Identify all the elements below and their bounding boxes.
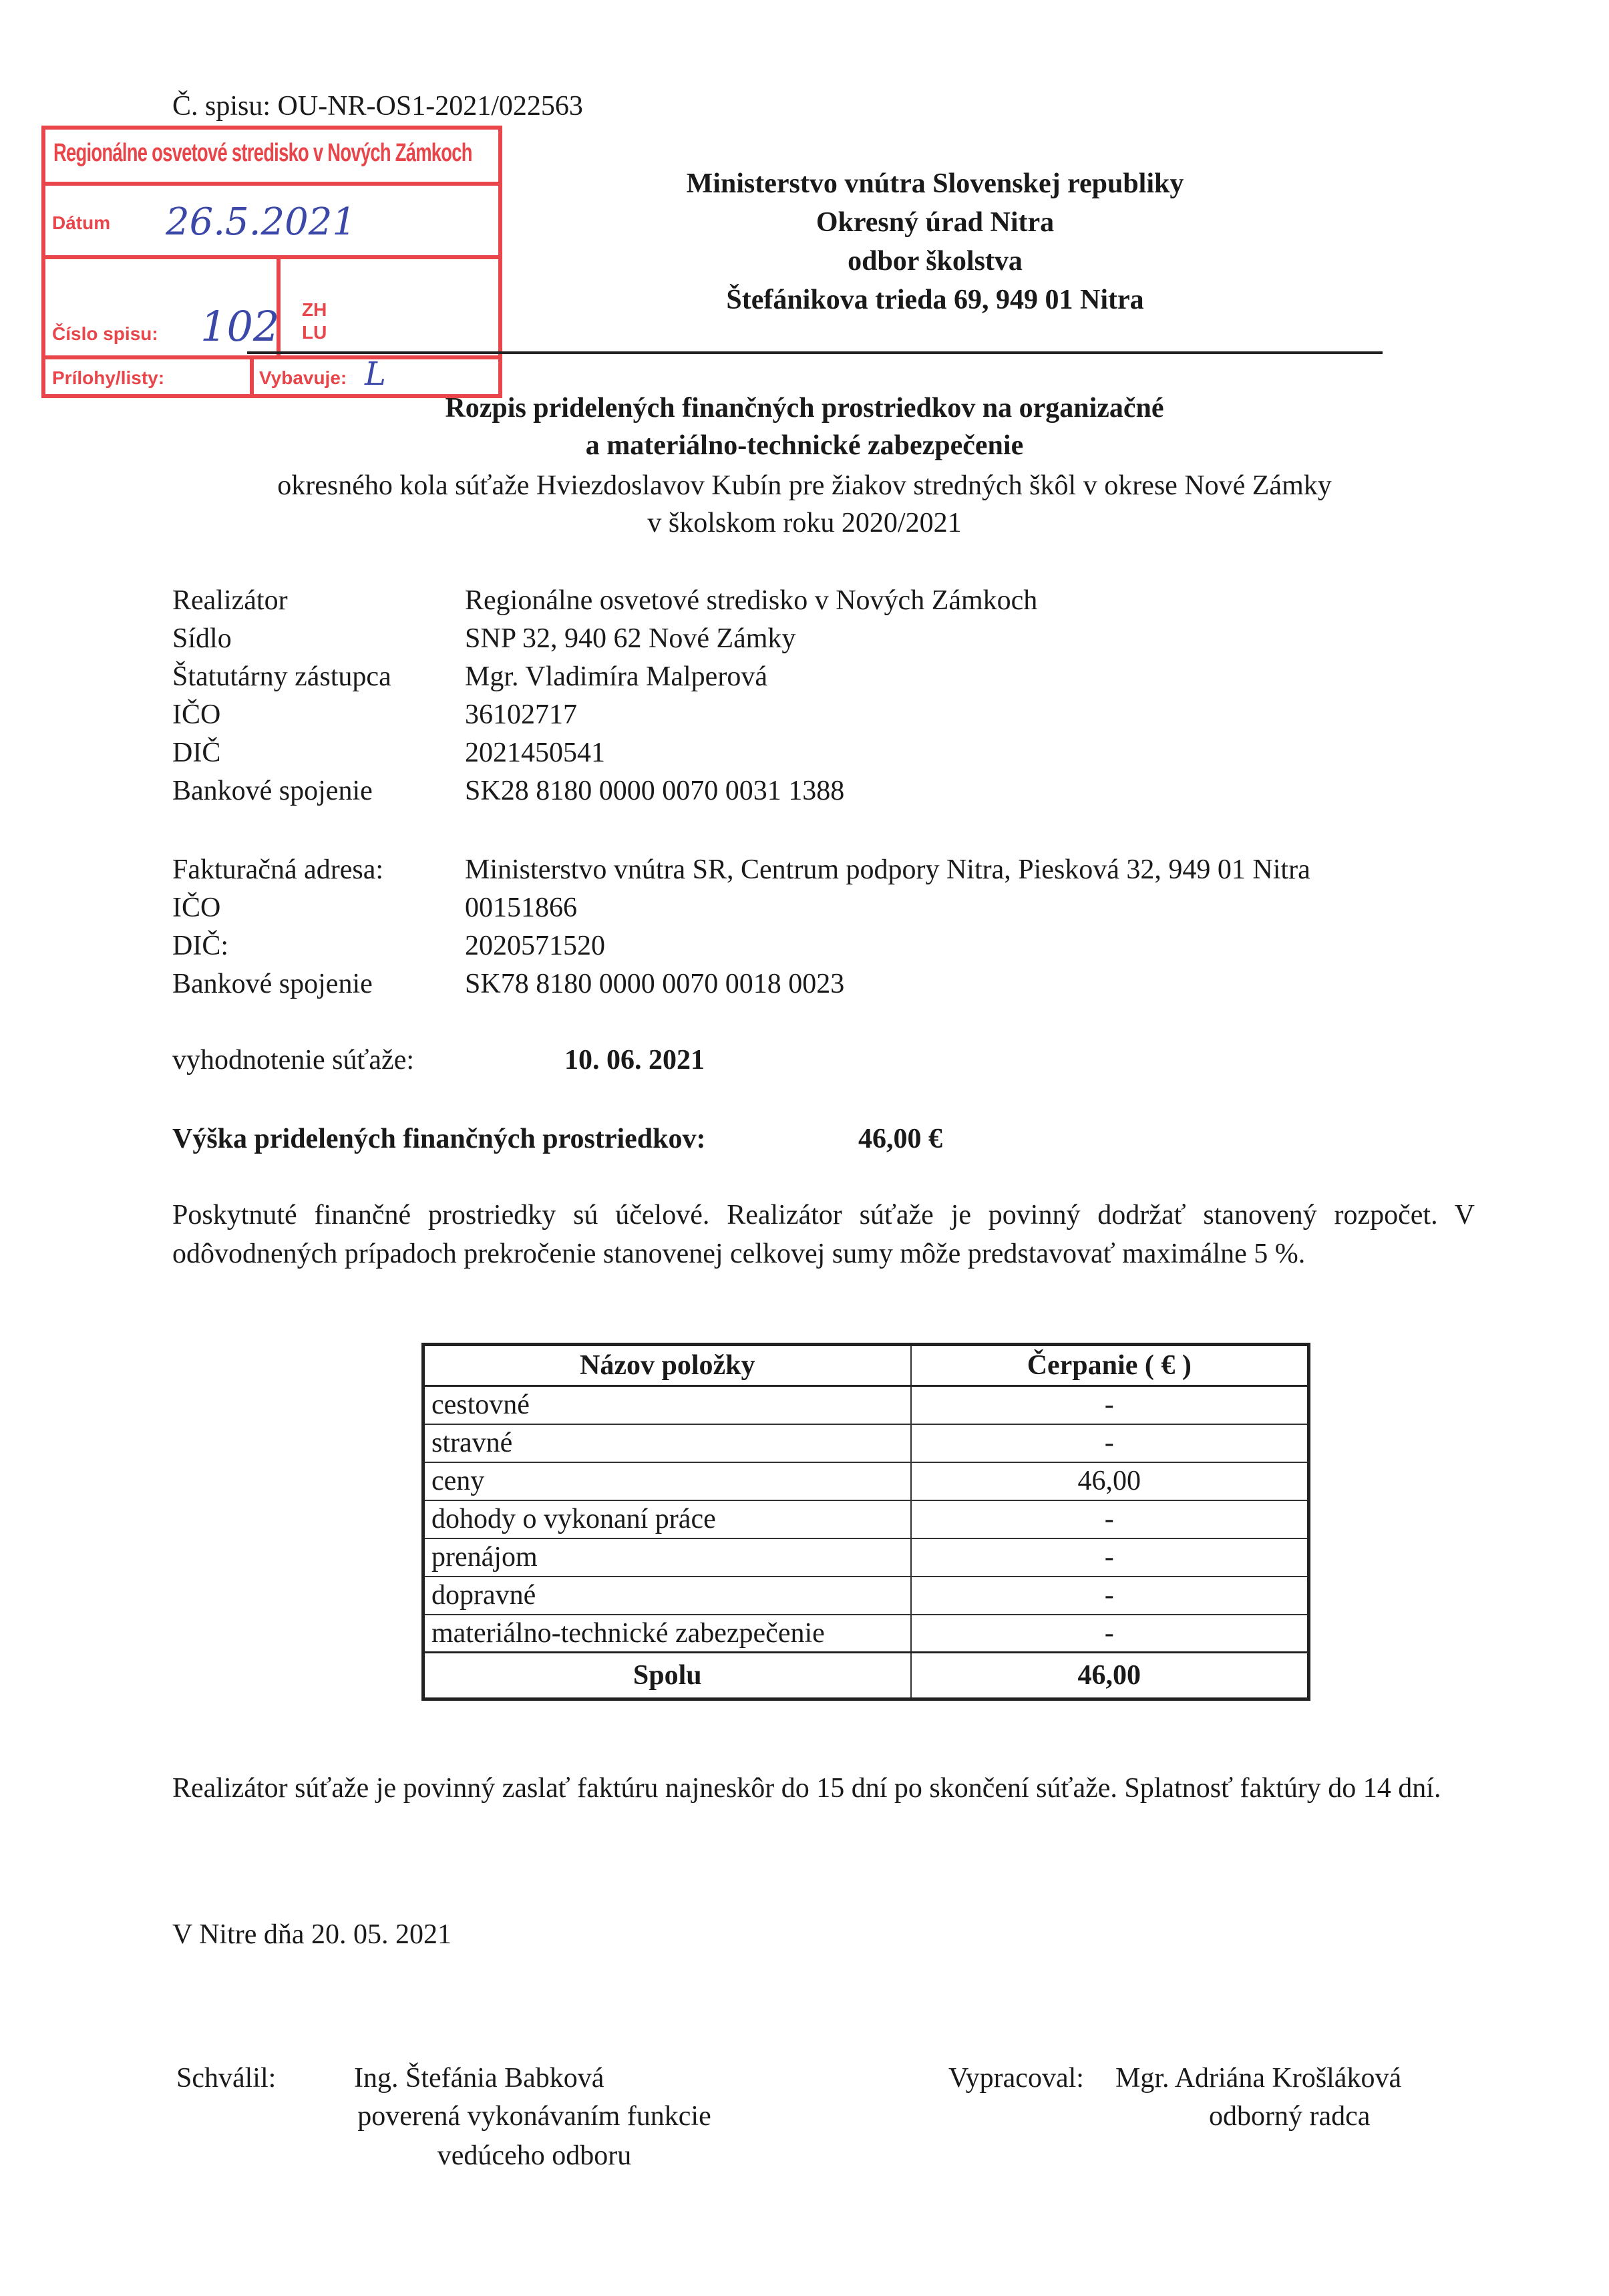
- billing-address-label: Fakturačná adresa:: [172, 856, 383, 884]
- item-name: ceny: [423, 1462, 911, 1500]
- stamp-divider: [277, 259, 281, 359]
- item-name: dohody o vykonaní práce: [423, 1500, 911, 1538]
- purpose-paragraph: Poskytnuté finančné prostriedky sú účelo…: [172, 1196, 1475, 1273]
- item-amount: 46,00: [911, 1462, 1309, 1500]
- item-amount: -: [911, 1386, 1309, 1424]
- stamp-handled-value: L: [365, 355, 386, 393]
- stamp-date-label: Dátum: [52, 212, 110, 234]
- allocation-amount: 46,00 €: [858, 1125, 942, 1153]
- representative-label: Štatutárny zástupca: [172, 663, 391, 691]
- stamp-code-1: ZH: [302, 299, 327, 321]
- column-header-item: Názov položky: [423, 1345, 911, 1386]
- billing-ico-label: IČO: [172, 894, 220, 922]
- table-row: dohody o vykonaní práce -: [423, 1500, 1309, 1538]
- item-amount: -: [911, 1424, 1309, 1462]
- ico-label: IČO: [172, 701, 220, 729]
- billing-ico-value: 00151866: [465, 894, 577, 922]
- approved-name: Ing. Štefánia Babková: [354, 2064, 604, 2092]
- prepared-name: Mgr. Adriána Krošláková: [1115, 2064, 1401, 2092]
- item-amount: -: [911, 1538, 1309, 1577]
- billing-bank-value: SK78 8180 0000 0070 0018 0023: [465, 970, 844, 998]
- evaluation-label: vyhodnotenie súťaže:: [172, 1046, 414, 1074]
- file-number: Č. spisu: OU-NR-OS1-2021/022563: [172, 92, 583, 120]
- billing-address-value: Ministerstvo vnútra SR, Centrum podpory …: [465, 856, 1310, 884]
- item-amount: -: [911, 1500, 1309, 1538]
- stamp-attachments-row: Prílohy/listy: Vybavuje: L: [45, 359, 498, 394]
- stamp-code-2: LU: [302, 322, 327, 343]
- invoice-paragraph: Realizátor súťaže je povinný zaslať fakt…: [172, 1769, 1475, 1808]
- header-office: Okresný úrad Nitra: [468, 208, 1403, 236]
- realizer-value: Regionálne osvetové stredisko v Nových Z…: [465, 587, 1037, 615]
- stamp-file-value: 102: [200, 302, 279, 351]
- title-line-3: okresného kola súťaže Hviezdoslavov Kubí…: [0, 472, 1609, 500]
- realizer-label: Realizátor: [172, 587, 288, 615]
- stamp-divider-2: [250, 359, 254, 394]
- prepared-role: odborný radca: [1209, 2102, 1370, 2130]
- stamp-file-row: Číslo spisu: 102 ZH LU: [45, 259, 498, 359]
- representative-value: Mgr. Vladimíra Malperová: [465, 663, 767, 691]
- title-line-2: a materiálno-technické zabezpečenie: [0, 432, 1609, 460]
- table-row: materiálno-technické zabezpečenie -: [423, 1615, 1309, 1653]
- header-divider: [247, 351, 1383, 354]
- column-header-amount: Čerpanie ( € ): [911, 1345, 1309, 1386]
- stamp-file-label: Číslo spisu:: [52, 323, 158, 345]
- table-header-row: Názov položky Čerpanie ( € ): [423, 1345, 1309, 1386]
- dic-value: 2021450541: [465, 739, 605, 767]
- header-ministry: Ministerstvo vnútra Slovenskej republiky: [468, 170, 1403, 198]
- item-name: materiálno-technické zabezpečenie: [423, 1615, 911, 1653]
- table-row: dopravné -: [423, 1577, 1309, 1615]
- stamp-attachments-label: Prílohy/listy:: [52, 367, 164, 389]
- table-total-row: Spolu 46,00: [423, 1653, 1309, 1699]
- ico-value: 36102717: [465, 701, 577, 729]
- header-department: odbor školstva: [468, 247, 1403, 275]
- approved-role-2: vedúceho odboru: [254, 2142, 815, 2170]
- approved-role-1: poverená vykonávaním funkcie: [254, 2102, 815, 2130]
- budget-table: Názov položky Čerpanie ( € ) cestovné - …: [421, 1343, 1310, 1701]
- item-name: prenájom: [423, 1538, 911, 1577]
- total-amount: 46,00: [911, 1653, 1309, 1699]
- billing-dic-label: DIČ:: [172, 932, 228, 960]
- billing-dic-value: 2020571520: [465, 932, 605, 960]
- prepared-label: Vypracoval:: [948, 2064, 1084, 2092]
- approved-label: Schválil:: [176, 2064, 276, 2092]
- bank-label: Bankové spojenie: [172, 777, 373, 805]
- item-name: cestovné: [423, 1386, 911, 1424]
- stamp-handled-label: Vybavuje:: [259, 367, 347, 389]
- seat-label: Sídlo: [172, 625, 232, 653]
- stamp-header-row: Regionálne osvetové stredisko v Nových Z…: [45, 130, 498, 186]
- header-address: Štefánikova trieda 69, 949 01 Nitra: [468, 286, 1403, 314]
- bank-value: SK28 8180 0000 0070 0031 1388: [465, 777, 844, 805]
- table-row: cestovné -: [423, 1386, 1309, 1424]
- stamp-date-row: Dátum 26.5.2021: [45, 186, 498, 259]
- title-line-1: Rozpis pridelených finančných prostriedk…: [0, 394, 1609, 422]
- item-name: dopravné: [423, 1577, 911, 1615]
- title-line-4: v školskom roku 2020/2021: [0, 509, 1609, 537]
- seat-value: SNP 32, 940 62 Nové Zámky: [465, 625, 795, 653]
- registry-stamp: Regionálne osvetové stredisko v Nových Z…: [41, 126, 502, 398]
- item-name: stravné: [423, 1424, 911, 1462]
- total-label: Spolu: [423, 1653, 911, 1699]
- allocation-label: Výška pridelených finančných prostriedko…: [172, 1125, 705, 1153]
- dic-label: DIČ: [172, 739, 220, 767]
- table-row: stravné -: [423, 1424, 1309, 1462]
- evaluation-date: 10. 06. 2021: [564, 1046, 705, 1074]
- item-amount: -: [911, 1577, 1309, 1615]
- stamp-organization: Regionálne osvetové stredisko v Nových Z…: [53, 139, 472, 168]
- table-row: prenájom -: [423, 1538, 1309, 1577]
- stamp-date-value: 26.5.2021: [166, 200, 356, 244]
- item-amount: -: [911, 1615, 1309, 1653]
- billing-bank-label: Bankové spojenie: [172, 970, 373, 998]
- place-date: V Nitre dňa 20. 05. 2021: [172, 1921, 452, 1949]
- table-row: ceny 46,00: [423, 1462, 1309, 1500]
